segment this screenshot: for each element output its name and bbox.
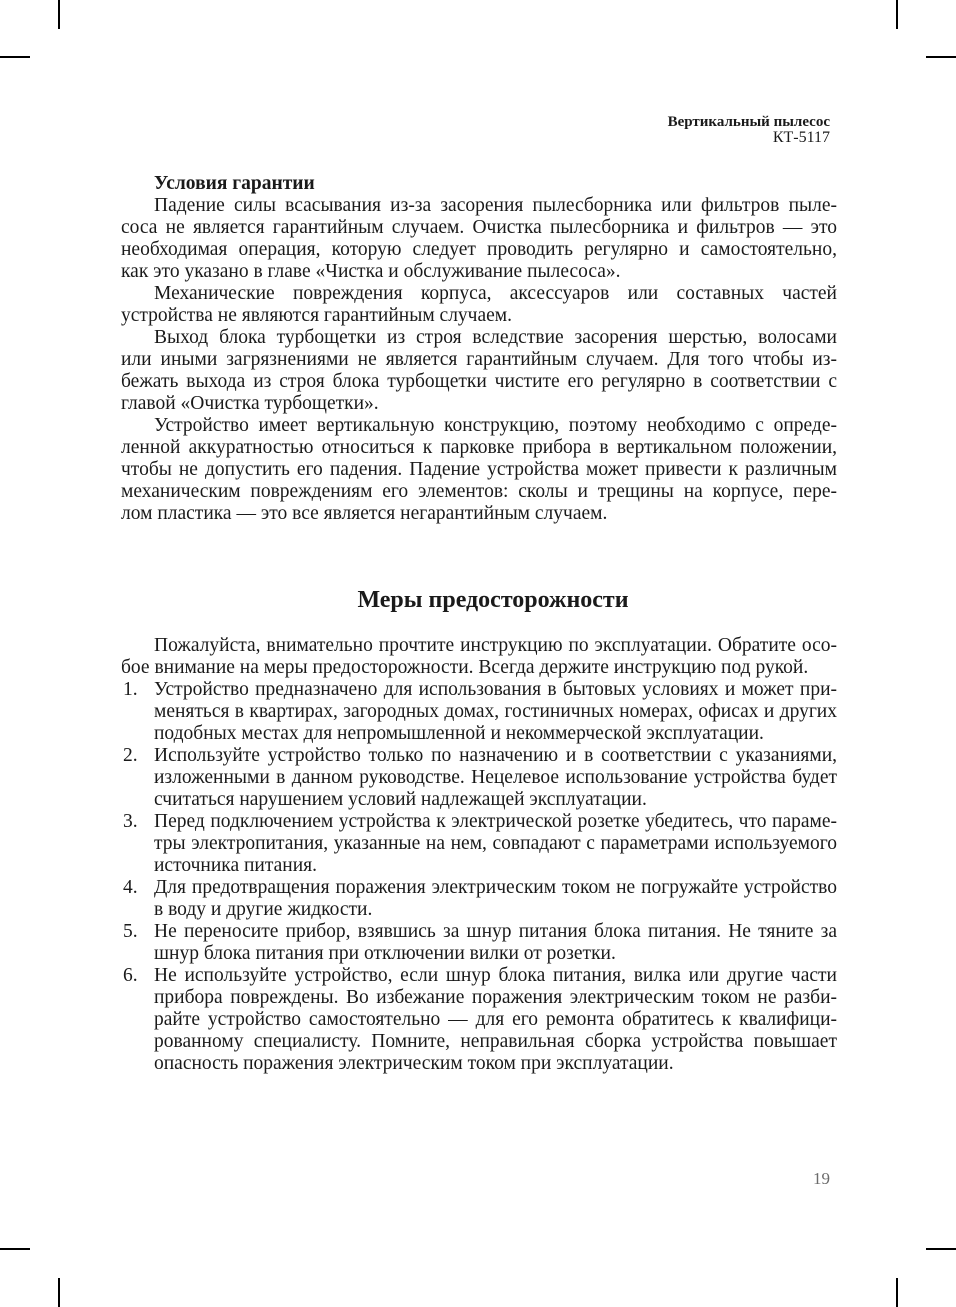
paragraph: Пожалуйста, внимательно прочтите инструк… bbox=[121, 635, 837, 679]
list-item: 5. Не переносите прибор, взявшись за шну… bbox=[121, 921, 837, 965]
paragraph-line: необходимая операция, которую следует пр… bbox=[121, 239, 837, 261]
list-item: 3. Перед подключением устройства к элект… bbox=[121, 811, 837, 877]
item-number: 1. bbox=[123, 679, 138, 701]
item-line: прибора повреждены. Во избежание поражен… bbox=[154, 987, 837, 1009]
crop-mark-bottom-right-vertical bbox=[896, 1278, 898, 1307]
crop-mark-bottom-left-vertical bbox=[58, 1278, 60, 1307]
precautions-heading: Меры предосторожности bbox=[121, 585, 837, 615]
page-number: 19 bbox=[813, 1168, 830, 1190]
item-line: подобных местах для непромышленной и нек… bbox=[154, 723, 837, 745]
paragraph-line: как это указано в главе «Чистка и обслуж… bbox=[121, 261, 837, 283]
paragraph: Падение силы всасывания из-за засорения … bbox=[121, 195, 837, 283]
paragraph-line: устройства не являются гарантийным случа… bbox=[121, 305, 837, 327]
item-line: Для предотвращения поражения электрическ… bbox=[154, 877, 837, 899]
paragraph-line: Падение силы всасывания из-за засорения … bbox=[121, 195, 837, 217]
paragraph-line: бежать выхода из строя блока турбощетки … bbox=[121, 371, 837, 393]
item-number: 2. bbox=[123, 745, 138, 767]
crop-mark-top-right-horizontal bbox=[926, 56, 956, 58]
paragraph-line: или иными загрязнениями не является гара… bbox=[121, 349, 837, 371]
item-line: райте устройство самостоятельно — для ег… bbox=[154, 1009, 837, 1031]
model-number: КТ-5117 bbox=[668, 130, 830, 146]
paragraph-line: Выход блока турбощетки из строя вследств… bbox=[121, 327, 837, 349]
item-line: шнур блока питания при отключении вилки … bbox=[154, 943, 837, 965]
crop-mark-top-left-vertical bbox=[58, 0, 60, 29]
paragraph-line: Пожалуйста, внимательно прочтите инструк… bbox=[121, 635, 837, 657]
precautions-section: Пожалуйста, внимательно прочтите инструк… bbox=[121, 635, 837, 1075]
paragraph: Устройство имеет вертикальную конструкци… bbox=[121, 415, 837, 525]
paragraph-line: бое внимание на меры предосторожности. В… bbox=[121, 657, 837, 679]
crop-mark-top-left-horizontal bbox=[0, 56, 30, 58]
paragraph-line: лом пластика — это все является негарант… bbox=[121, 503, 837, 525]
product-name: Вертикальный пылесос bbox=[668, 114, 830, 130]
item-number: 4. bbox=[123, 877, 138, 899]
paragraph-line: механическим повреждениям его элементов:… bbox=[121, 481, 837, 503]
list-item: 4. Для предотвращения поражения электрич… bbox=[121, 877, 837, 921]
paragraph-line: соса не является гарантийным случаем. Оч… bbox=[121, 217, 837, 239]
list-item: 1. Устройство предназначено для использо… bbox=[121, 679, 837, 745]
paragraph-line: Механические повреждения корпуса, аксесс… bbox=[121, 283, 837, 305]
paragraph-line: ленной аккуратностью относиться к парков… bbox=[121, 437, 837, 459]
crop-mark-top-right-vertical bbox=[896, 0, 898, 29]
item-line: в воду и другие жидкости. bbox=[154, 899, 837, 921]
item-number: 5. bbox=[123, 921, 138, 943]
crop-mark-bottom-right-horizontal bbox=[926, 1248, 956, 1250]
item-line: источника питания. bbox=[154, 855, 837, 877]
item-number: 6. bbox=[123, 965, 138, 987]
item-line: тры электропитания, указанные на нем, со… bbox=[154, 833, 837, 855]
item-line: меняться в квартирах, загородных домах, … bbox=[154, 701, 837, 723]
item-line: Устройство предназначено для использован… bbox=[154, 679, 837, 701]
warranty-heading: Условия гарантии bbox=[121, 173, 837, 195]
warranty-section: Условия гарантии Падение силы всасывания… bbox=[121, 173, 837, 525]
paragraph: Выход блока турбощетки из строя вследств… bbox=[121, 327, 837, 415]
item-line: Не используйте устройство, если шнур бло… bbox=[154, 965, 837, 987]
paragraph-line: Устройство имеет вертикальную конструкци… bbox=[121, 415, 837, 437]
item-line: изложенными в данном руководстве. Нецеле… bbox=[154, 767, 837, 789]
item-line: Используйте устройство только по назначе… bbox=[154, 745, 837, 767]
paragraph-line: чтобы не допустить его падения. Падение … bbox=[121, 459, 837, 481]
manual-page: Вертикальный пылесос КТ-5117 Условия гар… bbox=[0, 0, 956, 1307]
item-line: Перед подключением устройства к электрич… bbox=[154, 811, 837, 833]
item-line: считаться нарушением условий надлежащей … bbox=[154, 789, 837, 811]
item-number: 3. bbox=[123, 811, 138, 833]
list-item: 2. Используйте устройство только по назн… bbox=[121, 745, 837, 811]
list-item: 6. Не используйте устройство, если шнур … bbox=[121, 965, 837, 1075]
running-header: Вертикальный пылесос КТ-5117 bbox=[668, 114, 830, 146]
crop-mark-bottom-left-horizontal bbox=[0, 1248, 30, 1250]
item-line: опасность поражения электрическим током … bbox=[154, 1053, 837, 1075]
paragraph: Механические повреждения корпуса, аксесс… bbox=[121, 283, 837, 327]
item-line: рованному специалисту. Помните, неправил… bbox=[154, 1031, 837, 1053]
item-line: Не переносите прибор, взявшись за шнур п… bbox=[154, 921, 837, 943]
paragraph-line: главой «Очистка турбощетки». bbox=[121, 393, 837, 415]
